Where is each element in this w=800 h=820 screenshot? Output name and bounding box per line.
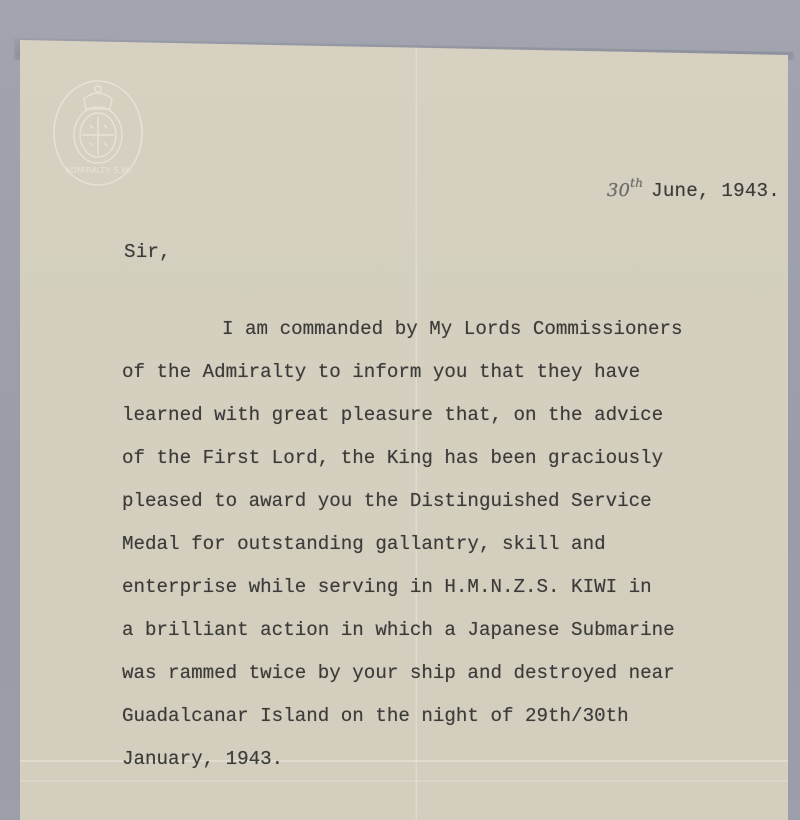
letter-page: ADMIRALTY. S.W. 30thJune, 1943. Sir, I a… <box>20 40 788 800</box>
letter-body: I am commanded by My Lords Commissioners… <box>122 308 683 781</box>
body-line: learned with great pleasure that, on the… <box>122 394 683 437</box>
admiralty-seal-icon: ADMIRALTY. S.W. <box>50 73 146 187</box>
seal-text: ADMIRALTY. S.W. <box>65 166 130 175</box>
salutation: Sir, <box>124 241 171 263</box>
body-line: of the First Lord, the King has been gra… <box>122 437 683 480</box>
letter-date: 30thJune, 1943. <box>560 158 780 224</box>
date-day-handwritten: 30 <box>607 180 630 201</box>
date-day-suffix: th <box>630 176 643 190</box>
body-line: a brilliant action in which a Japanese S… <box>122 609 683 652</box>
body-line: of the Admiralty to inform you that they… <box>122 351 683 394</box>
body-line: Medal for outstanding gallantry, skill a… <box>122 523 683 566</box>
body-line: pleased to award you the Distinguished S… <box>122 480 683 523</box>
body-line: January, 1943. <box>122 738 683 781</box>
body-line: enterprise while serving in H.M.N.Z.S. K… <box>122 566 683 609</box>
date-typed: June, 1943. <box>651 180 780 202</box>
body-line: Guadalcanar Island on the night of 29th/… <box>122 695 683 738</box>
body-line: I am commanded by My Lords Commissioners <box>122 308 683 351</box>
body-line: was rammed twice by your ship and destro… <box>122 652 683 695</box>
